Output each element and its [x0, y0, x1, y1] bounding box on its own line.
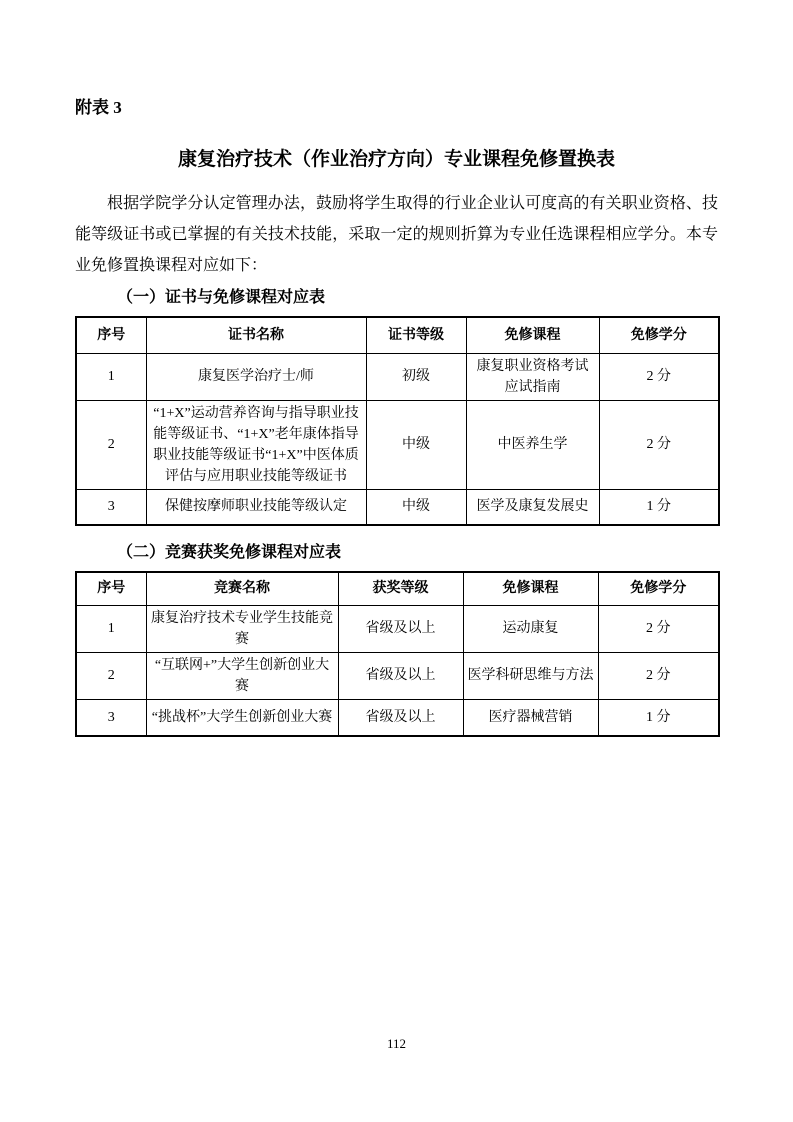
table-row: 1 康复治疗技术专业学生技能竞赛 省级及以上 运动康复 2 分 — [76, 605, 719, 652]
cell-exempt-course: 医学及康复发展史 — [466, 489, 599, 525]
column-header-competition-name: 竞赛名称 — [146, 572, 338, 605]
cell-seq: 3 — [76, 699, 146, 736]
table-row: 2 “互联网+”大学生创新创业大赛 省级及以上 医学科研思维与方法 2 分 — [76, 652, 719, 699]
cell-exempt-course: 运动康复 — [463, 605, 598, 652]
cell-certificate-name: “1+X”运动营养咨询与指导职业技能等级证书、“1+X”老年康体指导职业技能等级… — [146, 400, 366, 489]
cell-exempt-course: 医疗器械营销 — [463, 699, 598, 736]
cell-certificate-name: 康复医学治疗士/师 — [146, 353, 366, 400]
cell-exempt-course: 医学科研思维与方法 — [463, 652, 598, 699]
document-page: 附表 3 康复治疗技术（作业治疗方向）专业课程免修置换表 根据学院学分认定管理办… — [0, 0, 793, 1122]
column-header-certificate-level: 证书等级 — [366, 317, 466, 353]
column-header-seq: 序号 — [76, 317, 146, 353]
cell-award-level: 省级及以上 — [338, 605, 463, 652]
cell-exempt-credits: 1 分 — [599, 489, 719, 525]
competition-table-caption: （二）竞赛获奖免修课程对应表 — [117, 542, 718, 564]
column-header-seq: 序号 — [76, 572, 146, 605]
cell-seq: 2 — [76, 400, 146, 489]
appendix-label: 附表 3 — [75, 96, 718, 120]
competition-exemption-table: 序号 竞赛名称 获奖等级 免修课程 免修学分 1 康复治疗技术专业学生技能竞赛 … — [75, 571, 720, 737]
column-header-exempt-credits: 免修学分 — [598, 572, 719, 605]
cell-certificate-name: 保健按摩师职业技能等级认定 — [146, 489, 366, 525]
cell-certificate-level: 中级 — [366, 400, 466, 489]
cell-exempt-credits: 2 分 — [598, 652, 719, 699]
table-row: 3 “挑战杯”大学生创新创业大赛 省级及以上 医疗器械营销 1 分 — [76, 699, 719, 736]
certificate-table-header-row: 序号 证书名称 证书等级 免修课程 免修学分 — [76, 317, 719, 353]
certificate-table-caption: （一）证书与免修课程对应表 — [117, 287, 718, 309]
cell-award-level: 省级及以上 — [338, 652, 463, 699]
cell-seq: 1 — [76, 605, 146, 652]
cell-exempt-credits: 2 分 — [599, 400, 719, 489]
intro-paragraph: 根据学院学分认定管理办法，鼓励将学生取得的行业企业认可度高的有关职业资格、技能等… — [75, 188, 718, 281]
cell-competition-name: 康复治疗技术专业学生技能竞赛 — [146, 605, 338, 652]
cell-certificate-level: 中级 — [366, 489, 466, 525]
cell-exempt-credits: 1 分 — [598, 699, 719, 736]
cell-seq: 1 — [76, 353, 146, 400]
column-header-exempt-course: 免修课程 — [466, 317, 599, 353]
table-row: 3 保健按摩师职业技能等级认定 中级 医学及康复发展史 1 分 — [76, 489, 719, 525]
cell-competition-name: “挑战杯”大学生创新创业大赛 — [146, 699, 338, 736]
page-number: 112 — [0, 1036, 793, 1052]
column-header-exempt-course: 免修课程 — [463, 572, 598, 605]
cell-exempt-course: 康复职业资格考试应试指南 — [466, 353, 599, 400]
cell-exempt-credits: 2 分 — [598, 605, 719, 652]
document-title: 康复治疗技术（作业治疗方向）专业课程免修置换表 — [75, 147, 718, 173]
column-header-award-level: 获奖等级 — [338, 572, 463, 605]
column-header-certificate-name: 证书名称 — [146, 317, 366, 353]
certificate-exemption-table: 序号 证书名称 证书等级 免修课程 免修学分 1 康复医学治疗士/师 初级 康复… — [75, 316, 720, 526]
cell-exempt-credits: 2 分 — [599, 353, 719, 400]
cell-competition-name: “互联网+”大学生创新创业大赛 — [146, 652, 338, 699]
cell-seq: 2 — [76, 652, 146, 699]
competition-table-header-row: 序号 竞赛名称 获奖等级 免修课程 免修学分 — [76, 572, 719, 605]
cell-certificate-level: 初级 — [366, 353, 466, 400]
table-row: 2 “1+X”运动营养咨询与指导职业技能等级证书、“1+X”老年康体指导职业技能… — [76, 400, 719, 489]
cell-award-level: 省级及以上 — [338, 699, 463, 736]
table-row: 1 康复医学治疗士/师 初级 康复职业资格考试应试指南 2 分 — [76, 353, 719, 400]
column-header-exempt-credits: 免修学分 — [599, 317, 719, 353]
cell-exempt-course: 中医养生学 — [466, 400, 599, 489]
cell-seq: 3 — [76, 489, 146, 525]
